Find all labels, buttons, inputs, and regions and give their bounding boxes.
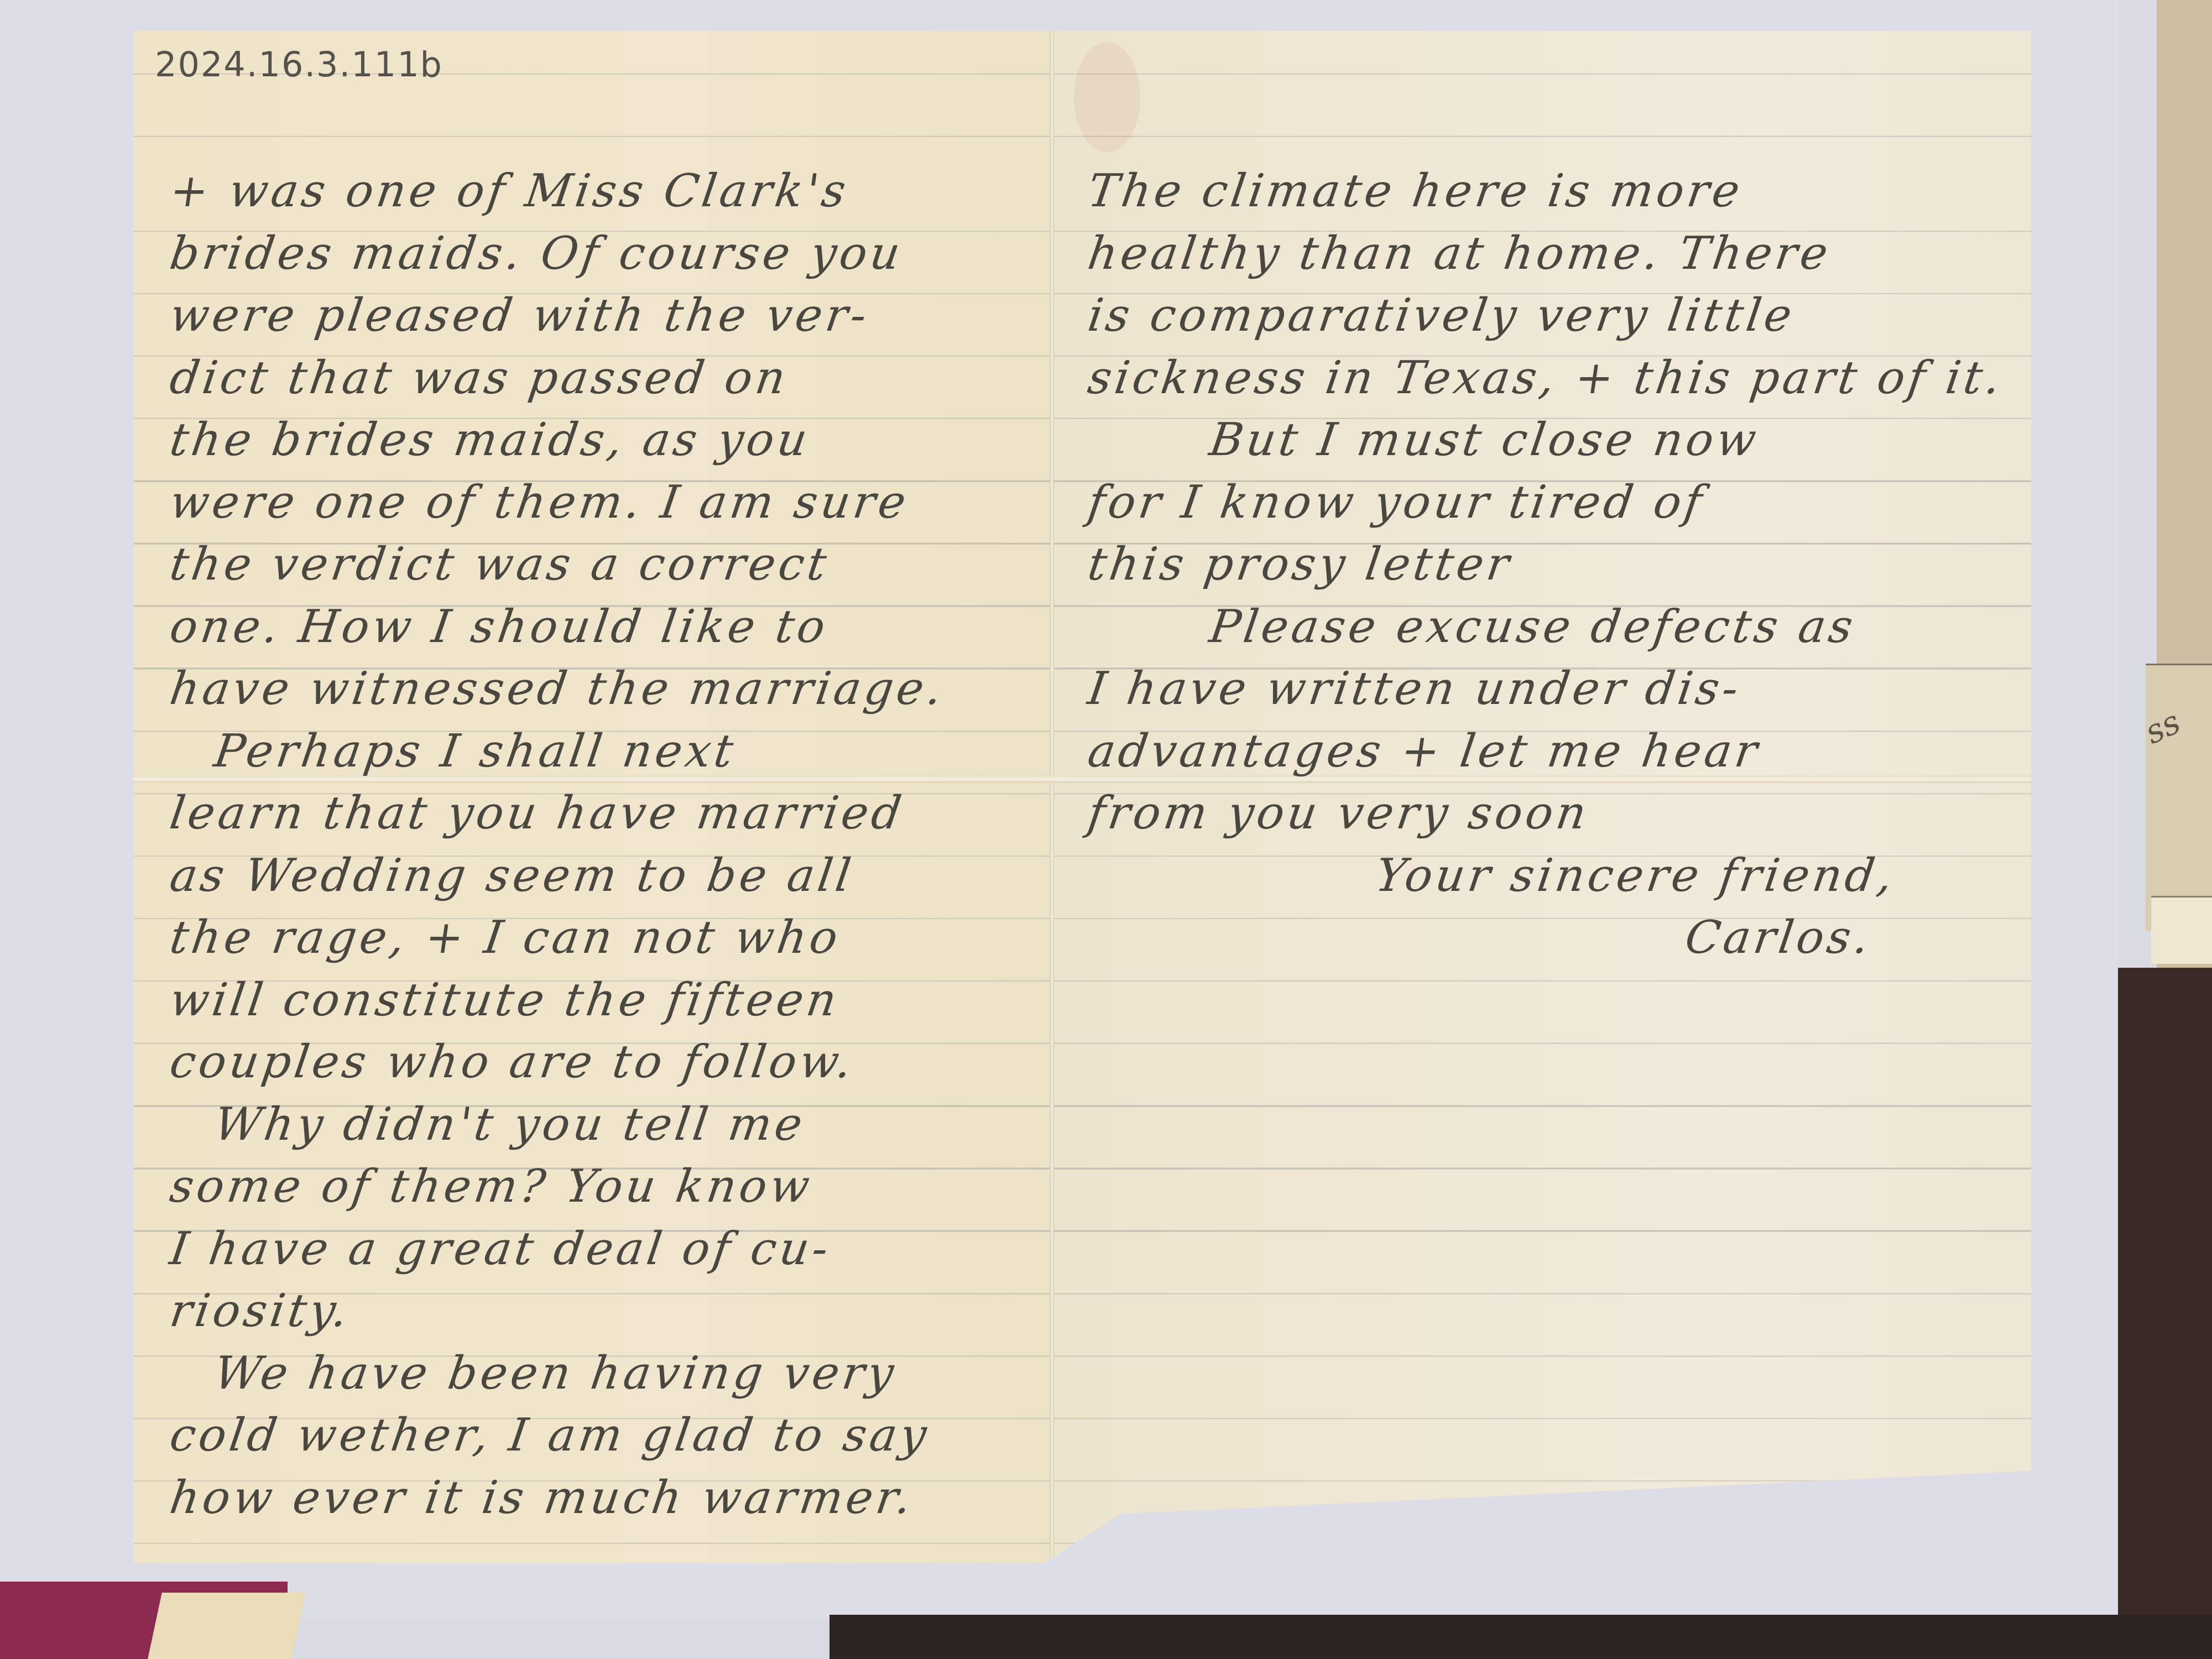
desk-surface xyxy=(830,1615,2212,1659)
text-line: from you very soon xyxy=(1084,782,2033,845)
text-line: dict that was passed on xyxy=(166,347,1060,410)
text-line: this prosy letter xyxy=(1084,534,2033,596)
text-line: one. How I should like to xyxy=(166,596,1060,659)
left-page-text: + was one of Miss Clark's brides maids. … xyxy=(166,160,1051,1529)
text-line: is comparatively very little xyxy=(1084,285,2033,347)
text-line: for I know your tired of xyxy=(1084,472,2033,534)
text-line: But I must close now xyxy=(1084,409,2033,472)
text-line: couples who are to follow. xyxy=(166,1031,1060,1094)
text-line: I have written under dis- xyxy=(1084,658,2033,721)
text-line: learn that you have married xyxy=(166,782,1060,845)
text-line: some of them? You know xyxy=(166,1156,1060,1218)
text-line: as Wedding seem to be all xyxy=(166,845,1060,907)
background-paper xyxy=(2151,896,2212,964)
text-line: + was one of Miss Clark's xyxy=(166,160,1060,223)
paper-stain xyxy=(1074,42,1140,153)
text-line: advantages + let me hear xyxy=(1084,721,2033,783)
text-line: will constitute the fifteen xyxy=(166,969,1060,1032)
text-line: how ever it is much warmer. xyxy=(166,1467,1060,1530)
text-line: Why didn't you tell me xyxy=(166,1094,1060,1156)
text-line: the verdict was a correct xyxy=(166,534,1060,596)
text-line: have witnessed the marriage. xyxy=(166,658,1060,721)
text-line: We have been having very xyxy=(166,1343,1060,1405)
text-line: brides maids. Of course you xyxy=(166,223,1060,285)
text-line: Please excuse defects as xyxy=(1084,596,2033,659)
text-line: the brides maids, as you xyxy=(166,409,1060,472)
text-line: cold wether, I am glad to say xyxy=(166,1405,1060,1467)
text-line: the rage, + I can not who xyxy=(166,907,1060,969)
text-line: healthy than at home. There xyxy=(1084,223,2033,285)
letter-signature: Carlos. xyxy=(1084,907,2033,969)
text-line: The climate here is more xyxy=(1084,160,2033,223)
text-line: were pleased with the ver- xyxy=(166,285,1060,347)
desk-surface xyxy=(2118,968,2212,1659)
letter-closing: Your sincere friend, xyxy=(1084,845,2033,907)
text-line: I have a great deal of cu- xyxy=(166,1218,1060,1281)
right-page-text: The climate here is more healthy than at… xyxy=(1084,160,2024,969)
background-paper xyxy=(2146,664,2212,931)
text-line: Perhaps I shall next xyxy=(166,721,1060,783)
catalog-number: 2024.16.3.111b xyxy=(155,44,443,85)
text-line: were one of them. I am sure xyxy=(166,472,1060,534)
text-line: riosity. xyxy=(166,1280,1060,1343)
background-paper-corner xyxy=(148,1593,306,1659)
text-line: sickness in Texas, + this part of it. xyxy=(1084,347,2033,410)
